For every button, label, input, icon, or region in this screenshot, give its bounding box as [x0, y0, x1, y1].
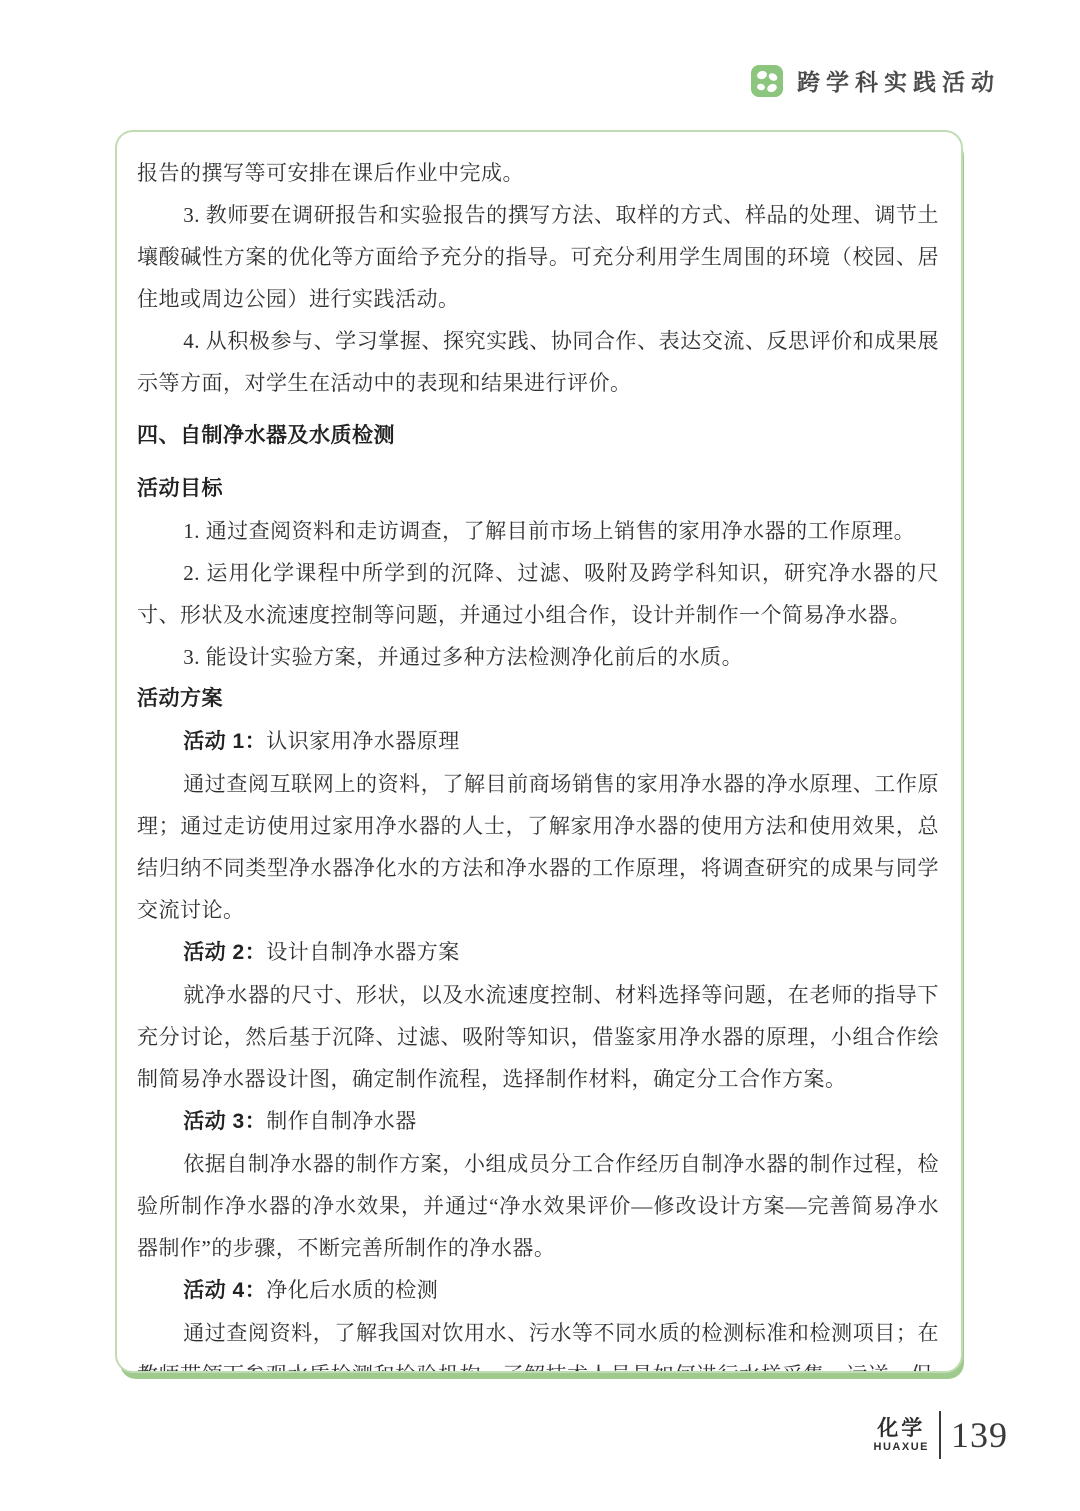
- textbook-page: 跨学科实践活动 报告的撰写等可安排在课后作业中完成。 3. 教师要在调研报告和实…: [0, 0, 1080, 1511]
- paragraph: 1. 通过查阅资料和走访调查，了解目前市场上销售的家用净水器的工作原理。: [137, 510, 939, 552]
- content-box: 报告的撰写等可安排在课后作业中完成。 3. 教师要在调研报告和实验报告的撰写方法…: [115, 130, 963, 1373]
- activity-label: 活动 2：: [183, 941, 266, 964]
- subheading-activity-plan: 活动方案: [137, 678, 939, 720]
- section-title: 跨学科实践活动: [797, 64, 1000, 97]
- paragraph: 2. 运用化学课程中所学到的沉降、过滤、吸附及跨学科知识，研究净水器的尺寸、形状…: [137, 552, 939, 636]
- activity-heading: 活动 2：设计自制净水器方案: [137, 931, 939, 974]
- page-footer: 化学 HUAXUE 139: [874, 1411, 1008, 1459]
- paragraph: 4. 从积极参与、学习掌握、探究实践、协同合作、表达交流、反思评价和成果展示等方…: [137, 320, 939, 404]
- paragraph: 报告的撰写等可安排在课后作业中完成。: [137, 152, 939, 194]
- subheading-activity-goals: 活动目标: [137, 468, 939, 510]
- book-title-pinyin: HUAXUE: [874, 1442, 929, 1453]
- paragraph: 3. 教师要在调研报告和实验报告的撰写方法、取样的方式、样品的处理、调节土壤酸碱…: [137, 194, 939, 320]
- activity-title: 设计自制净水器方案: [266, 940, 460, 964]
- book-title-cn: 化学: [874, 1418, 929, 1439]
- paragraph: 就净水器的尺寸、形状，以及水流速度控制、材料选择等问题，在老师的指导下充分讨论，…: [137, 974, 939, 1100]
- page-header: 跨学科实践活动: [751, 64, 1000, 97]
- activity-heading: 活动 3：制作自制净水器: [137, 1100, 939, 1143]
- book-title-block: 化学 HUAXUE: [874, 1418, 929, 1453]
- paragraph: 通过查阅互联网上的资料，了解目前商场销售的家用净水器的净水原理、工作原理；通过走…: [137, 763, 939, 931]
- activity-title: 认识家用净水器原理: [266, 729, 460, 753]
- activity-label: 活动 4：: [183, 1279, 266, 1302]
- paragraph: 依据自制净水器的制作方案，小组成员分工合作经历自制净水器的制作过程，检验所制作净…: [137, 1143, 939, 1269]
- activity-label: 活动 1：: [183, 730, 266, 753]
- practice-activity-icon: [751, 65, 783, 97]
- activity-heading: 活动 4：净化后水质的检测: [137, 1269, 939, 1312]
- activity-title: 制作自制净水器: [266, 1109, 417, 1133]
- page-number: 139: [951, 1414, 1008, 1456]
- paragraph: 3. 能设计实验方案，并通过多种方法检测净化前后的水质。: [137, 636, 939, 678]
- activity-heading: 活动 1：认识家用净水器原理: [137, 720, 939, 763]
- activity-title: 净化后水质的检测: [266, 1278, 438, 1302]
- folio-divider: [939, 1411, 941, 1459]
- paragraph: 通过查阅资料，了解我国对饮用水、污水等不同水质的检测标准和检测项目；在教师带领下…: [137, 1312, 939, 1373]
- activity-label: 活动 3：: [183, 1110, 266, 1133]
- chapter-heading: 四、自制净水器及水质检测: [137, 415, 939, 457]
